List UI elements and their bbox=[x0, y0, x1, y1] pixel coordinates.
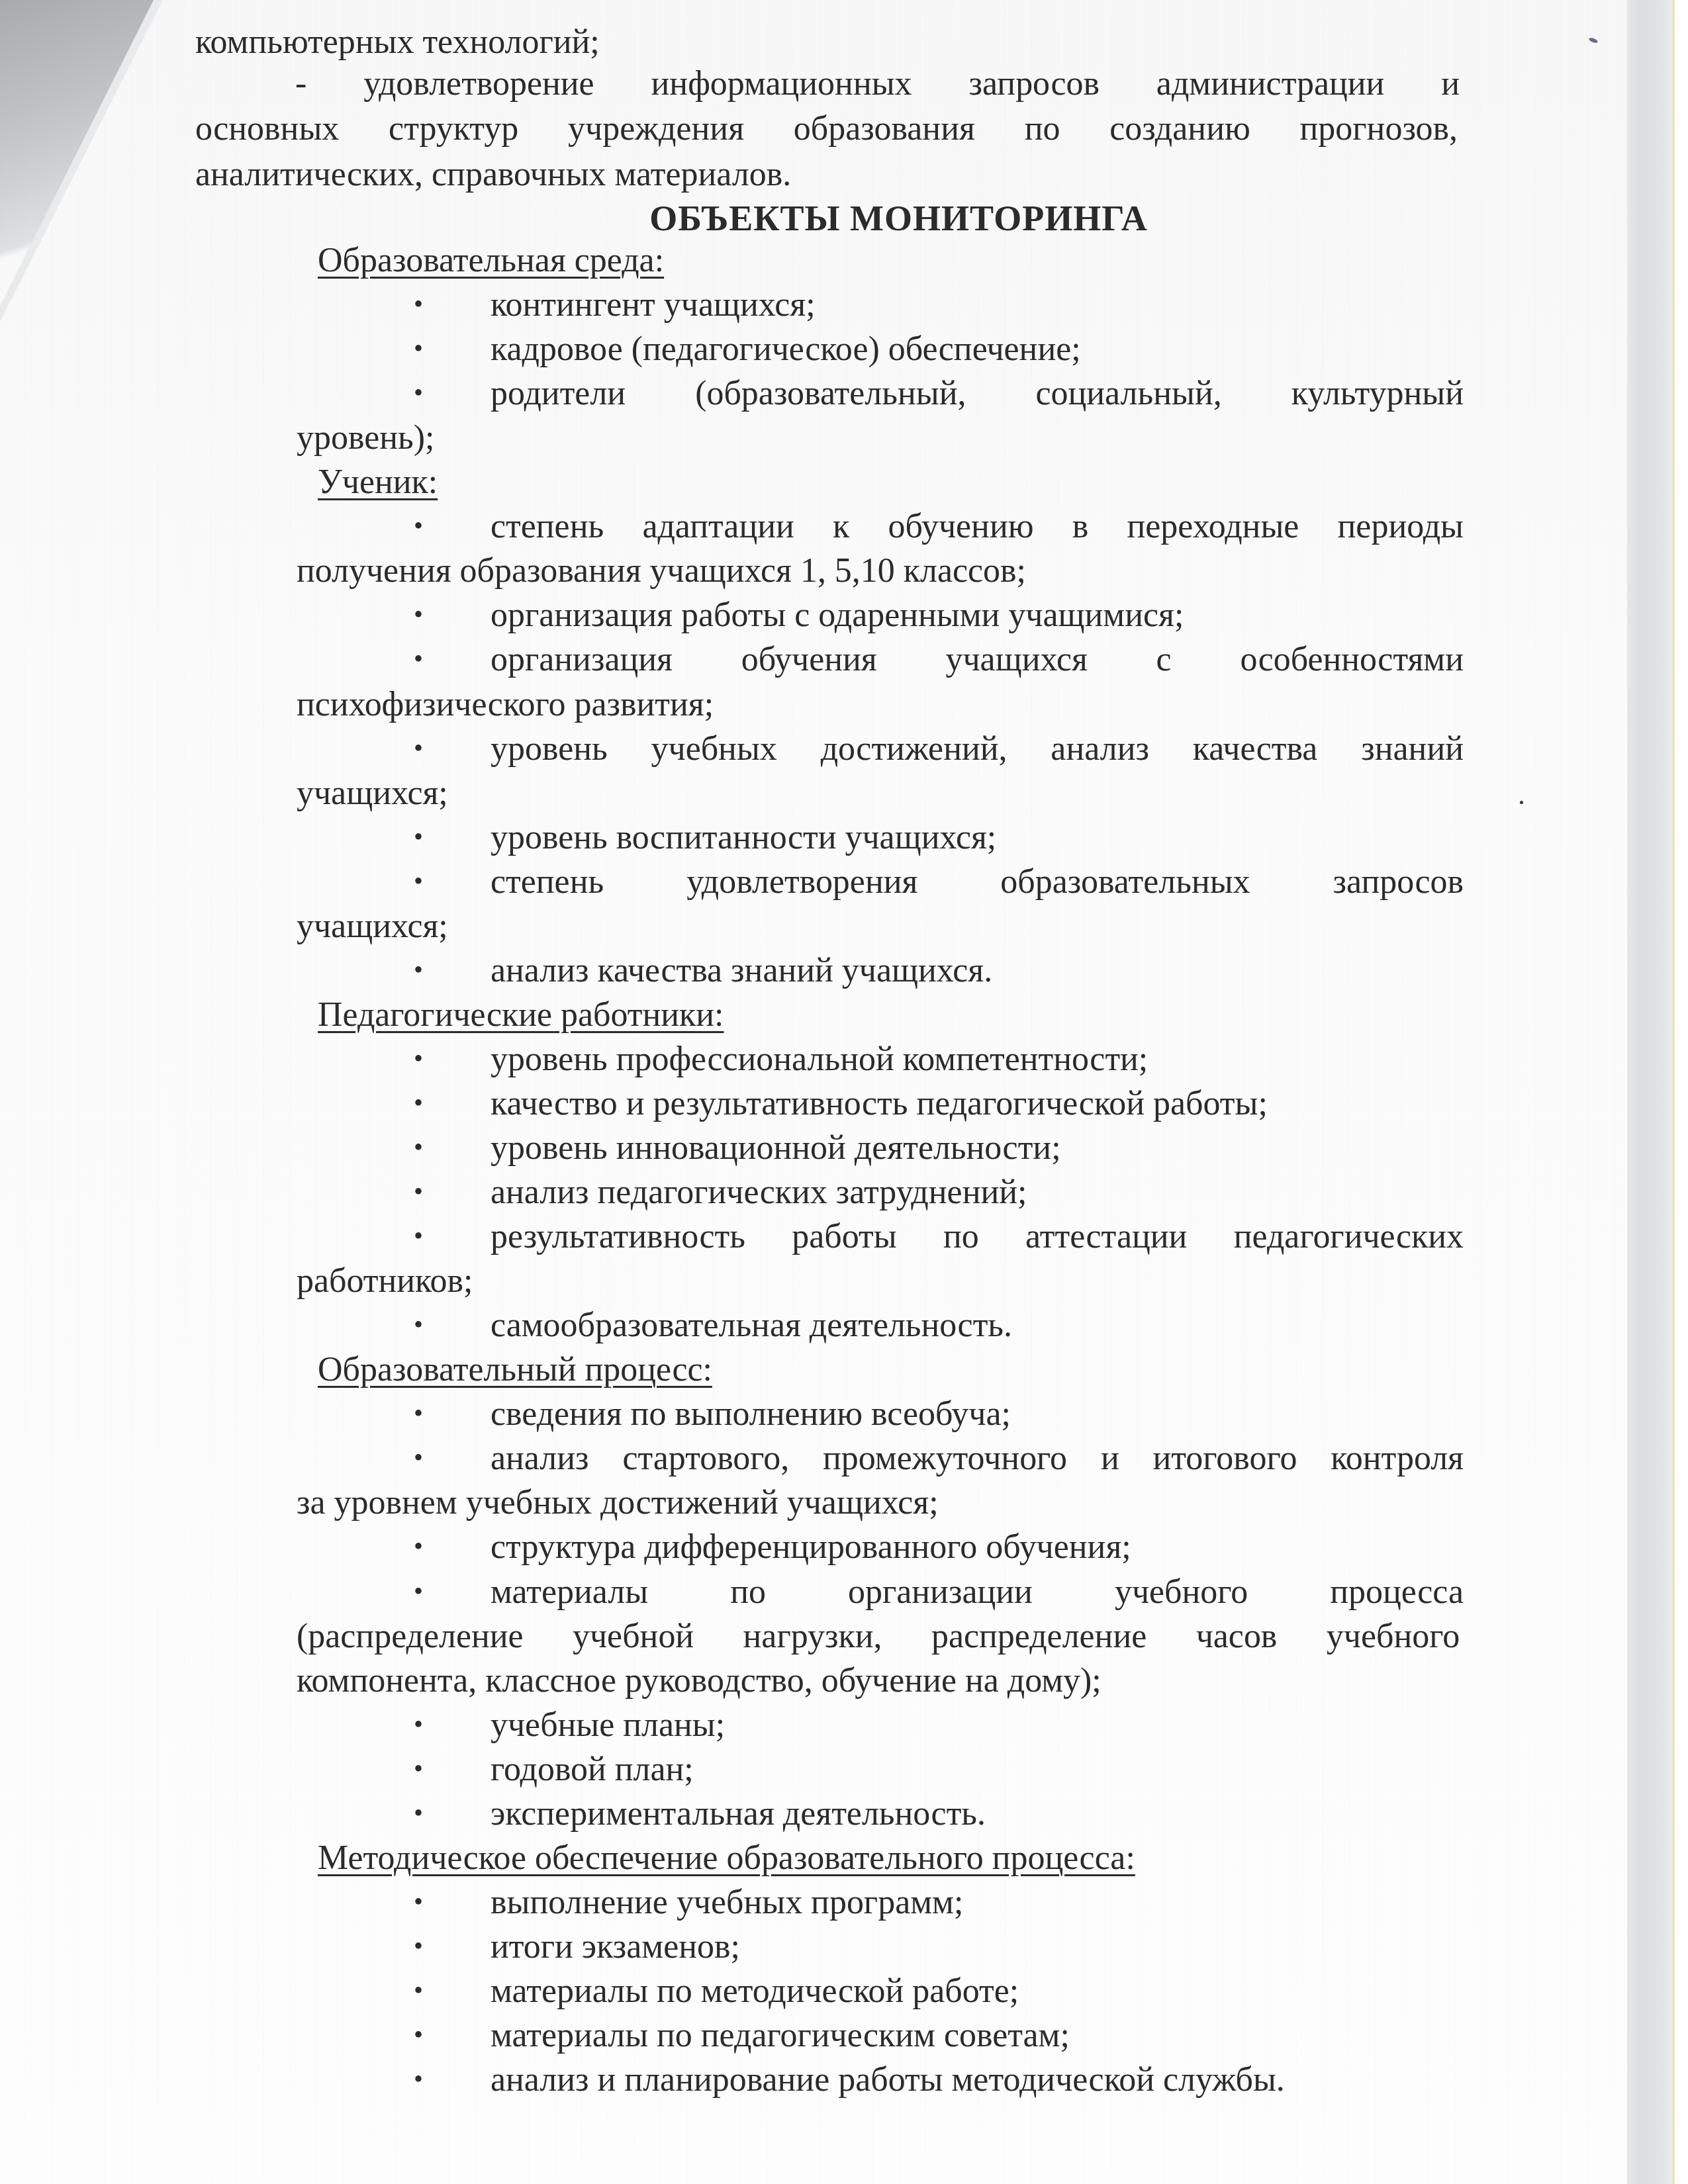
list-item-line: получения образования учащихся 1, 5,10 к… bbox=[297, 549, 1026, 592]
section-heading: ОБЪЕКТЫ МОНИТОРИНГА bbox=[0, 197, 1688, 240]
intro-dash-item-line-2: основных структур учреждения образования… bbox=[195, 107, 1458, 150]
bullet-icon: • bbox=[412, 1703, 425, 1747]
list-item-line: структура дифференцированного обучения; bbox=[491, 1525, 1131, 1569]
bullet-icon: • bbox=[412, 1925, 425, 1968]
list-item-line: родители (образовательный, социальный, к… bbox=[491, 371, 1464, 415]
list-item-line: анализ качества знаний учащихся. bbox=[491, 948, 992, 992]
intro-dash-item-line-3: аналитических, справочных материалов. bbox=[195, 152, 791, 196]
subsection-title: Методическое обеспечение образовательног… bbox=[318, 1836, 1135, 1880]
bullet-icon: • bbox=[412, 2058, 425, 2101]
bullet-icon: • bbox=[412, 1037, 425, 1081]
bullet-icon: • bbox=[412, 1880, 425, 1924]
list-item-line: сведения по выполнению всеобуча; bbox=[491, 1392, 1011, 1435]
bullet-icon: • bbox=[412, 1126, 425, 1169]
list-item-line: работников; bbox=[297, 1259, 473, 1302]
bullet-icon: • bbox=[412, 1792, 425, 1835]
list-item-line: результативность работы по аттестации пе… bbox=[491, 1214, 1464, 1258]
list-item-line: учащихся; bbox=[297, 904, 448, 948]
list-item-line: уровень инновационной деятельности; bbox=[491, 1126, 1061, 1169]
bullet-icon: • bbox=[412, 1570, 425, 1614]
list-item-line: компонента, классное руководство, обучен… bbox=[297, 1659, 1102, 1702]
list-item-line: за уровнем учебных достижений учащихся; bbox=[297, 1480, 939, 1524]
list-item-line: экспериментальная деятельность. bbox=[491, 1792, 986, 1835]
bullet-icon: • bbox=[412, 1081, 425, 1125]
bullet-icon: • bbox=[412, 327, 425, 371]
bullet-icon: • bbox=[412, 283, 425, 326]
intro-continuation: компьютерных технологий; bbox=[195, 20, 600, 64]
scanner-edge-line bbox=[1672, 0, 1675, 2184]
bullet-icon: • bbox=[412, 1525, 425, 1569]
list-item-line: годовой план; bbox=[491, 1747, 694, 1791]
bullet-icon: • bbox=[412, 1436, 425, 1480]
bullet-icon: • bbox=[412, 860, 425, 903]
list-item-line: анализ педагогических затруднений; bbox=[491, 1170, 1027, 1214]
subsection-title: Образовательный процесс: bbox=[318, 1347, 712, 1391]
list-item-line: анализ и планирование работы методическо… bbox=[491, 2058, 1285, 2101]
bullet-icon: • bbox=[412, 1392, 425, 1435]
list-item-line: организация работы с одаренными учащимис… bbox=[491, 593, 1184, 637]
bullet-icon: • bbox=[412, 2013, 425, 2057]
subsection-title: Педагогические работники: bbox=[318, 993, 724, 1036]
list-item-line: уровень профессиональной компетентности; bbox=[491, 1037, 1148, 1081]
bullet-icon: • bbox=[412, 1214, 425, 1258]
scan-speck bbox=[1520, 801, 1523, 804]
bullet-icon: • bbox=[412, 1303, 425, 1347]
subsection-title: Ученик: bbox=[318, 460, 438, 504]
list-item-line: качество и результативность педагогическ… bbox=[491, 1081, 1268, 1125]
bullet-icon: • bbox=[412, 1747, 425, 1791]
list-item-line: психофизического развития; bbox=[297, 682, 714, 726]
list-item-line: степень удовлетворения образовательных з… bbox=[491, 860, 1464, 903]
list-item-line: кадровое (педагогическое) обеспечение; bbox=[491, 327, 1081, 371]
bullet-icon: • bbox=[412, 593, 425, 637]
scanner-edge-strip bbox=[1627, 0, 1673, 2184]
list-item-line: материалы по методической работе; bbox=[491, 1969, 1019, 2013]
bullet-icon: • bbox=[412, 1969, 425, 2013]
bullet-icon: • bbox=[412, 504, 425, 548]
list-item-line: уровень); bbox=[297, 416, 434, 459]
bullet-icon: • bbox=[412, 1170, 425, 1214]
list-item-line: выполнение учебных программ; bbox=[491, 1880, 963, 1924]
list-item-line: уровень воспитанности учащихся; bbox=[491, 815, 996, 859]
list-item-line: степень адаптации к обучению в переходны… bbox=[491, 504, 1464, 548]
subsection-title: Образовательная среда: bbox=[318, 238, 664, 282]
list-item-line: контингент учащихся; bbox=[491, 283, 816, 326]
list-item-line: учащихся; bbox=[297, 771, 448, 815]
list-item-line: организация обучения учащихся с особенно… bbox=[491, 637, 1464, 681]
list-item-line: материалы по педагогическим советам; bbox=[491, 2013, 1070, 2057]
list-item-line: (распределение учебной нагрузки, распред… bbox=[297, 1614, 1460, 1658]
bullet-icon: • bbox=[412, 815, 425, 859]
list-item-line: самообразовательная деятельность. bbox=[491, 1303, 1012, 1347]
bullet-icon: • bbox=[412, 371, 425, 415]
bullet-icon: • bbox=[412, 637, 425, 681]
list-item-line: учебные планы; bbox=[491, 1703, 725, 1747]
list-item-line: материалы по организации учебного процес… bbox=[491, 1570, 1464, 1614]
bullet-icon: • bbox=[412, 948, 425, 992]
list-item-line: анализ стартового, промежуточного и итог… bbox=[491, 1436, 1464, 1480]
list-item-line: уровень учебных достижений, анализ качес… bbox=[491, 727, 1464, 770]
intro-dash-item-line-1: - удовлетворение информационных запросов… bbox=[295, 62, 1460, 105]
list-item-line: итоги экзаменов; bbox=[491, 1925, 740, 1968]
bullet-icon: • bbox=[412, 727, 425, 770]
